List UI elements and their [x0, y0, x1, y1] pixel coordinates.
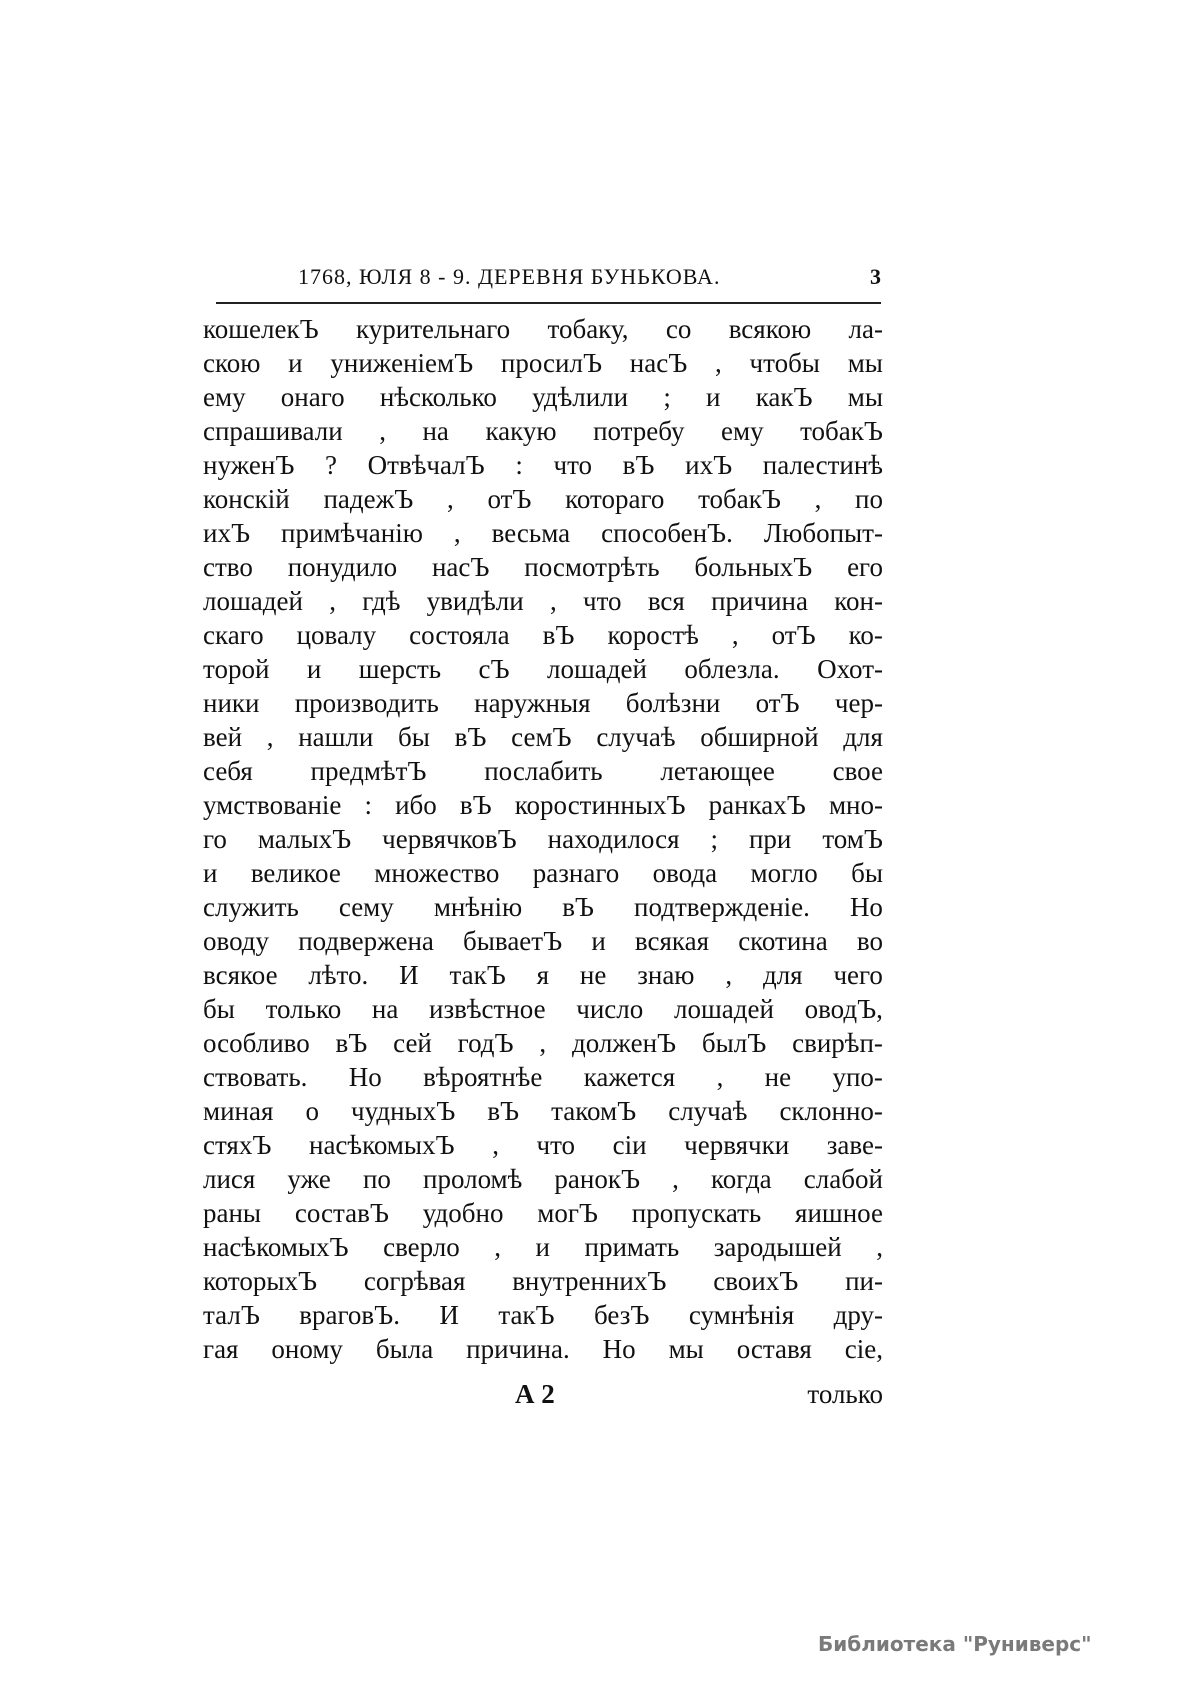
word: стяхЪ [203, 1128, 271, 1162]
word: причина [711, 584, 808, 618]
word: нуженЪ [203, 448, 294, 482]
text-line: насѣкомыхЪсверло,иприматьзародышей, [203, 1230, 883, 1264]
word: оному [271, 1332, 343, 1366]
word: состояла [409, 618, 509, 652]
word: падежЪ [323, 482, 413, 516]
word: пи- [845, 1264, 883, 1298]
word: ла- [849, 312, 883, 346]
word: и [288, 346, 302, 380]
text-line: служитьсемумнѣніювЪподтвержденіе.Но [203, 890, 883, 924]
word: не [765, 1060, 791, 1094]
word: своихЪ [713, 1264, 798, 1298]
text-line: спрашивали,накакуюпотребуемутобакЪ [203, 414, 883, 448]
word: кажется [584, 1060, 676, 1094]
word: ство [203, 550, 253, 584]
page-footer: А 2 только [203, 1377, 883, 1411]
word: не [580, 958, 606, 992]
word: обширной [700, 720, 818, 754]
word: мы [669, 1332, 704, 1366]
word: со [666, 312, 691, 346]
word: червячковЪ [382, 822, 517, 856]
word: онаго [281, 380, 345, 414]
word: мнѣнію [434, 890, 522, 924]
word: талЪ [203, 1298, 260, 1332]
word: наружныя [474, 686, 590, 720]
word: сему [339, 890, 394, 924]
word: примѣчанію [281, 516, 423, 550]
word: , [725, 958, 732, 992]
header-rule [216, 302, 881, 304]
word: слабой [804, 1162, 883, 1196]
word: ихЪ [203, 516, 250, 550]
word: коростѣ [607, 618, 698, 652]
word: подтвержденіе. [634, 890, 810, 924]
word: лошадей [547, 652, 647, 686]
word: знаю [637, 958, 694, 992]
word: внутреннихЪ [512, 1264, 666, 1298]
word: больныхЪ [694, 550, 812, 584]
text-line: скоюиуниженіемЪпросилЪнасЪ,чтобымы [203, 346, 883, 380]
word: лошадей [203, 584, 303, 618]
word: чудныхЪ [351, 1094, 455, 1128]
word: коростинныхЪ [515, 788, 686, 822]
text-line: нуженЪ?ОтвѣчалЪ:чтовЪихЪпалестинѣ [203, 448, 883, 482]
word: умствованіе [203, 788, 341, 822]
word: вей [203, 720, 242, 754]
word: свирѣп- [792, 1026, 883, 1060]
word: миная [203, 1094, 273, 1128]
text-line: гомалыхЪчервячковЪнаходилося;притомЪ [203, 822, 883, 856]
word: кошелекЪ [203, 312, 319, 346]
text-line: гаяономубылапричина.Номыоставясіе, [203, 1332, 883, 1366]
word: : [515, 448, 523, 482]
text-line: емуонагонѣсколькоудѣлили;икакЪмы [203, 380, 883, 414]
word: Но [349, 1060, 382, 1094]
text-line: умствованіе:ибовЪкоростинныхЪранкахЪмно- [203, 788, 883, 822]
word: вѣроятнѣе [423, 1060, 542, 1094]
word: лися [203, 1162, 255, 1196]
page-number: 3 [870, 262, 881, 292]
text-line: бытольконаизвѣстноечислолошадейоводЪ, [203, 992, 883, 1026]
word: посмотрѣть [524, 550, 659, 584]
word: ему [721, 414, 764, 448]
word: способенЪ. [601, 516, 733, 550]
word: удобно [423, 1196, 504, 1230]
word: какЪ [756, 380, 813, 414]
word: насЪ [630, 346, 687, 380]
catchword: только [807, 1377, 883, 1411]
word: нѣсколько [380, 380, 497, 414]
word: , [447, 482, 454, 516]
word: : [364, 788, 372, 822]
word: насѣкомыхЪ [309, 1128, 455, 1162]
word: для [843, 720, 883, 754]
word: бываетЪ [463, 924, 562, 958]
word: примать [585, 1230, 680, 1264]
word: , [550, 584, 557, 618]
word: летающее [660, 754, 775, 788]
running-head: 1768, ЮЛЯ 8 - 9. ДЕРЕВНЯ БУНЬКОВА. 3 [216, 262, 881, 296]
word: томЪ [822, 822, 883, 856]
word: , [732, 618, 739, 652]
word: по [363, 1162, 391, 1196]
word: сверло [383, 1230, 460, 1264]
word: , [454, 516, 461, 550]
word: насѣкомыхЪ [203, 1230, 349, 1264]
word: вЪ [562, 890, 594, 924]
signature-mark: А 2 [515, 1377, 555, 1411]
word: ранкахЪ [709, 788, 806, 822]
running-head-title: 1768, ЮЛЯ 8 - 9. ДЕРЕВНЯ БУНЬКОВА. [298, 262, 720, 292]
word: палестинѣ [763, 448, 883, 482]
word: удѣлили [532, 380, 628, 414]
word: могло [750, 856, 817, 890]
word: причина. [466, 1332, 570, 1366]
word: мы [848, 380, 883, 414]
word: которыхЪ [203, 1264, 317, 1298]
word: число [576, 992, 643, 1026]
text-line: кошелекЪкурительнаготобаку,совсякоюла- [203, 312, 883, 346]
word: лошадей [674, 992, 774, 1026]
word: вся [648, 584, 685, 618]
word: на [422, 414, 448, 448]
text-line: особливовЪсейгодЪ,долженЪбылЪсвирѣп- [203, 1026, 883, 1060]
word: ко- [849, 618, 883, 652]
word: сіи [613, 1128, 647, 1162]
word: вЪ [460, 788, 492, 822]
word: тобаку, [548, 312, 629, 346]
word: гдѣ [362, 584, 400, 618]
word: и [203, 856, 217, 890]
word: разнаго [533, 856, 619, 890]
word: тобакЪ [698, 482, 781, 516]
word: , [539, 1026, 546, 1060]
word: и [706, 380, 720, 414]
text-line: всякоелѣто.ИтакЪянезнаю,длячего [203, 958, 883, 992]
word: скотина [738, 924, 828, 958]
word: сей [393, 1026, 432, 1060]
text-line: оводуподверженабываетЪивсякаяскотинаво [203, 924, 883, 958]
word: И [439, 1298, 459, 1332]
text-line: лошадей,гдѣувидѣли,чтовсяпричинакон- [203, 584, 883, 618]
word: ствовать. [203, 1060, 307, 1094]
text-line: ствопонудилонасЪпосмотрѣтьбольныхЪего [203, 550, 883, 584]
word: такЪ [498, 1298, 554, 1332]
word: ; [663, 380, 671, 414]
word: И [399, 958, 419, 992]
word: лѣто. [308, 958, 368, 992]
word: и [591, 924, 605, 958]
word: курительнаго [356, 312, 510, 346]
word: торой [203, 652, 269, 686]
word: червячки [684, 1128, 789, 1162]
word: что [537, 1128, 576, 1162]
word: склонно- [779, 1094, 882, 1128]
word: отЪ [756, 686, 800, 720]
word: малыхЪ [258, 822, 351, 856]
word: извѣстное [429, 992, 546, 1026]
word: тобакЪ [800, 414, 883, 448]
word: яишное [795, 1196, 883, 1230]
word: котораго [565, 482, 664, 516]
word: чтобы [750, 346, 820, 380]
word: упо- [832, 1060, 882, 1094]
word: отЪ [772, 618, 816, 652]
word: его [847, 550, 883, 584]
word: шерсть [359, 652, 441, 686]
word: , [329, 584, 336, 618]
word: когда [711, 1162, 772, 1196]
word: униженіемЪ [330, 346, 473, 380]
word: скаго [203, 618, 264, 652]
text-line: талЪвраговЪ.ИтакЪбезЪсумнѣніядру- [203, 1298, 883, 1332]
word: я [537, 958, 549, 992]
word: кон- [834, 584, 883, 618]
word: оставя [737, 1332, 812, 1366]
word: составЪ [295, 1196, 389, 1230]
word: всякая [635, 924, 709, 958]
word: чер- [835, 686, 883, 720]
word: ; [710, 822, 718, 856]
word: , [379, 414, 386, 448]
word: , [717, 1060, 724, 1094]
word: какую [485, 414, 556, 448]
word: на [372, 992, 398, 1026]
word: отЪ [487, 482, 531, 516]
word: при [749, 822, 791, 856]
word: Но [603, 1332, 636, 1366]
word: и [536, 1230, 550, 1264]
word: ОтвѣчалЪ [368, 448, 485, 482]
word: случаѣ [668, 1094, 747, 1128]
word: , [672, 1162, 679, 1196]
text-line: ивеликоемножестворазнагооводамоглобы [203, 856, 883, 890]
word: оводу [203, 924, 269, 958]
word: увидѣли [427, 584, 524, 618]
word: , [267, 720, 274, 754]
word: о [305, 1094, 319, 1128]
word: безЪ [594, 1298, 649, 1332]
word: подвержена [298, 924, 434, 958]
word: оводЪ, [805, 992, 883, 1026]
word: , [494, 1230, 501, 1264]
text-line: лисяужепопроломѣранокЪ,когдаслабой [203, 1162, 883, 1196]
word: , [715, 346, 722, 380]
word: , [492, 1128, 499, 1162]
word: скою [203, 346, 260, 380]
word: враговЪ. [299, 1298, 400, 1332]
word: , [815, 482, 822, 516]
word: особливо [203, 1026, 310, 1060]
word: нашли [298, 720, 373, 754]
word: конскій [203, 482, 290, 516]
word: великое [251, 856, 341, 890]
word: предмѣтЪ [311, 754, 427, 788]
text-line: никипроизводитьнаружныяболѣзниотЪчер- [203, 686, 883, 720]
word: спрашивали [203, 414, 343, 448]
word: согрѣвая [364, 1264, 466, 1298]
word: ему [203, 380, 246, 414]
word: послабить [484, 754, 602, 788]
word: вЪ [487, 1094, 519, 1128]
word: потребу [593, 414, 684, 448]
word: цовалу [297, 618, 377, 652]
word: вЪ [455, 720, 487, 754]
word: могЪ [537, 1196, 598, 1230]
word: мно- [829, 788, 883, 822]
text-line: стяхЪнасѣкомыхЪ,чтосіичервячкизаве- [203, 1128, 883, 1162]
word: себя [203, 754, 253, 788]
word: и [307, 652, 321, 686]
word: ихЪ [685, 448, 732, 482]
word: чего [833, 958, 882, 992]
word: бы [398, 720, 430, 754]
word: вЪ [623, 448, 655, 482]
text-line: скагоцовалусостоялавЪкоростѣ,отЪко- [203, 618, 883, 652]
word: что [583, 584, 622, 618]
word: только [266, 992, 342, 1026]
word: пропускать [632, 1196, 762, 1230]
word: вЪ [336, 1026, 368, 1060]
word: была [376, 1332, 433, 1366]
library-watermark: Библиотека "Руниверс" [818, 1632, 1092, 1656]
text-line: минаяочудныхЪвЪтакомЪслучаѣсклонно- [203, 1094, 883, 1128]
word: проломѣ [423, 1162, 522, 1196]
word: служить [203, 890, 299, 924]
word: находилося [548, 822, 680, 856]
word: ники [203, 686, 259, 720]
word: Но [850, 890, 883, 924]
word: производить [295, 686, 439, 720]
word: по [855, 482, 883, 516]
body-text: кошелекЪкурительнаготобаку,совсякоюла-ск… [203, 312, 883, 1366]
text-line: торойишерстьсЪлошадейоблезла.Охот- [203, 652, 883, 686]
word: облезла. [684, 652, 779, 686]
word: всякою [729, 312, 811, 346]
word: болѣзни [626, 686, 721, 720]
word: овода [653, 856, 718, 890]
word: Любопыт- [764, 516, 883, 550]
word: го [203, 822, 227, 856]
word: во [857, 924, 883, 958]
word: былЪ [702, 1026, 766, 1060]
word: понудило [288, 550, 397, 584]
text-line: ранысоставЪудобномогЪпропускатьяишное [203, 1196, 883, 1230]
word: сумнѣнія [689, 1298, 794, 1332]
word: уже [287, 1162, 330, 1196]
word: такомЪ [551, 1094, 636, 1128]
word: ранокЪ [554, 1162, 640, 1196]
word: , [876, 1230, 883, 1264]
text-line: конскійпадежЪ,отЪкотораготобакЪ,по [203, 482, 883, 516]
word: раны [203, 1196, 261, 1230]
word: бы [203, 992, 235, 1026]
word: зародышей [714, 1230, 842, 1264]
word: гая [203, 1332, 238, 1366]
word: насЪ [432, 550, 489, 584]
word: долженЪ [572, 1026, 676, 1060]
word: случаѣ [596, 720, 675, 754]
word: множество [374, 856, 499, 890]
word: ? [325, 448, 337, 482]
word: бы [851, 856, 883, 890]
text-line: вей,нашлибывЪсемЪслучаѣобширнойдля [203, 720, 883, 754]
word: дру- [834, 1298, 883, 1332]
word: Охот- [817, 652, 883, 686]
word: сЪ [479, 652, 510, 686]
text-line: ствовать.Новѣроятнѣекажется,неупо- [203, 1060, 883, 1094]
word: заве- [827, 1128, 883, 1162]
word: что [554, 448, 593, 482]
word: просилЪ [501, 346, 602, 380]
word: ибо [395, 788, 437, 822]
text-line: себяпредмѣтЪпослабитьлетающеесвое [203, 754, 883, 788]
word: годЪ [458, 1026, 514, 1060]
word: свое [833, 754, 883, 788]
book-page: 1768, ЮЛЯ 8 - 9. ДЕРЕВНЯ БУНЬКОВА. 3 кош… [0, 0, 1200, 1703]
word: семЪ [511, 720, 571, 754]
word: сіе, [845, 1332, 883, 1366]
text-line: которыхЪсогрѣваявнутреннихЪсвоихЪпи- [203, 1264, 883, 1298]
word: мы [848, 346, 883, 380]
word: для [763, 958, 803, 992]
text-line: ихЪпримѣчанію,весьмаспособенЪ.Любопыт- [203, 516, 883, 550]
word: вЪ [543, 618, 575, 652]
word: весьма [492, 516, 570, 550]
word: такЪ [449, 958, 505, 992]
word: всякое [203, 958, 278, 992]
